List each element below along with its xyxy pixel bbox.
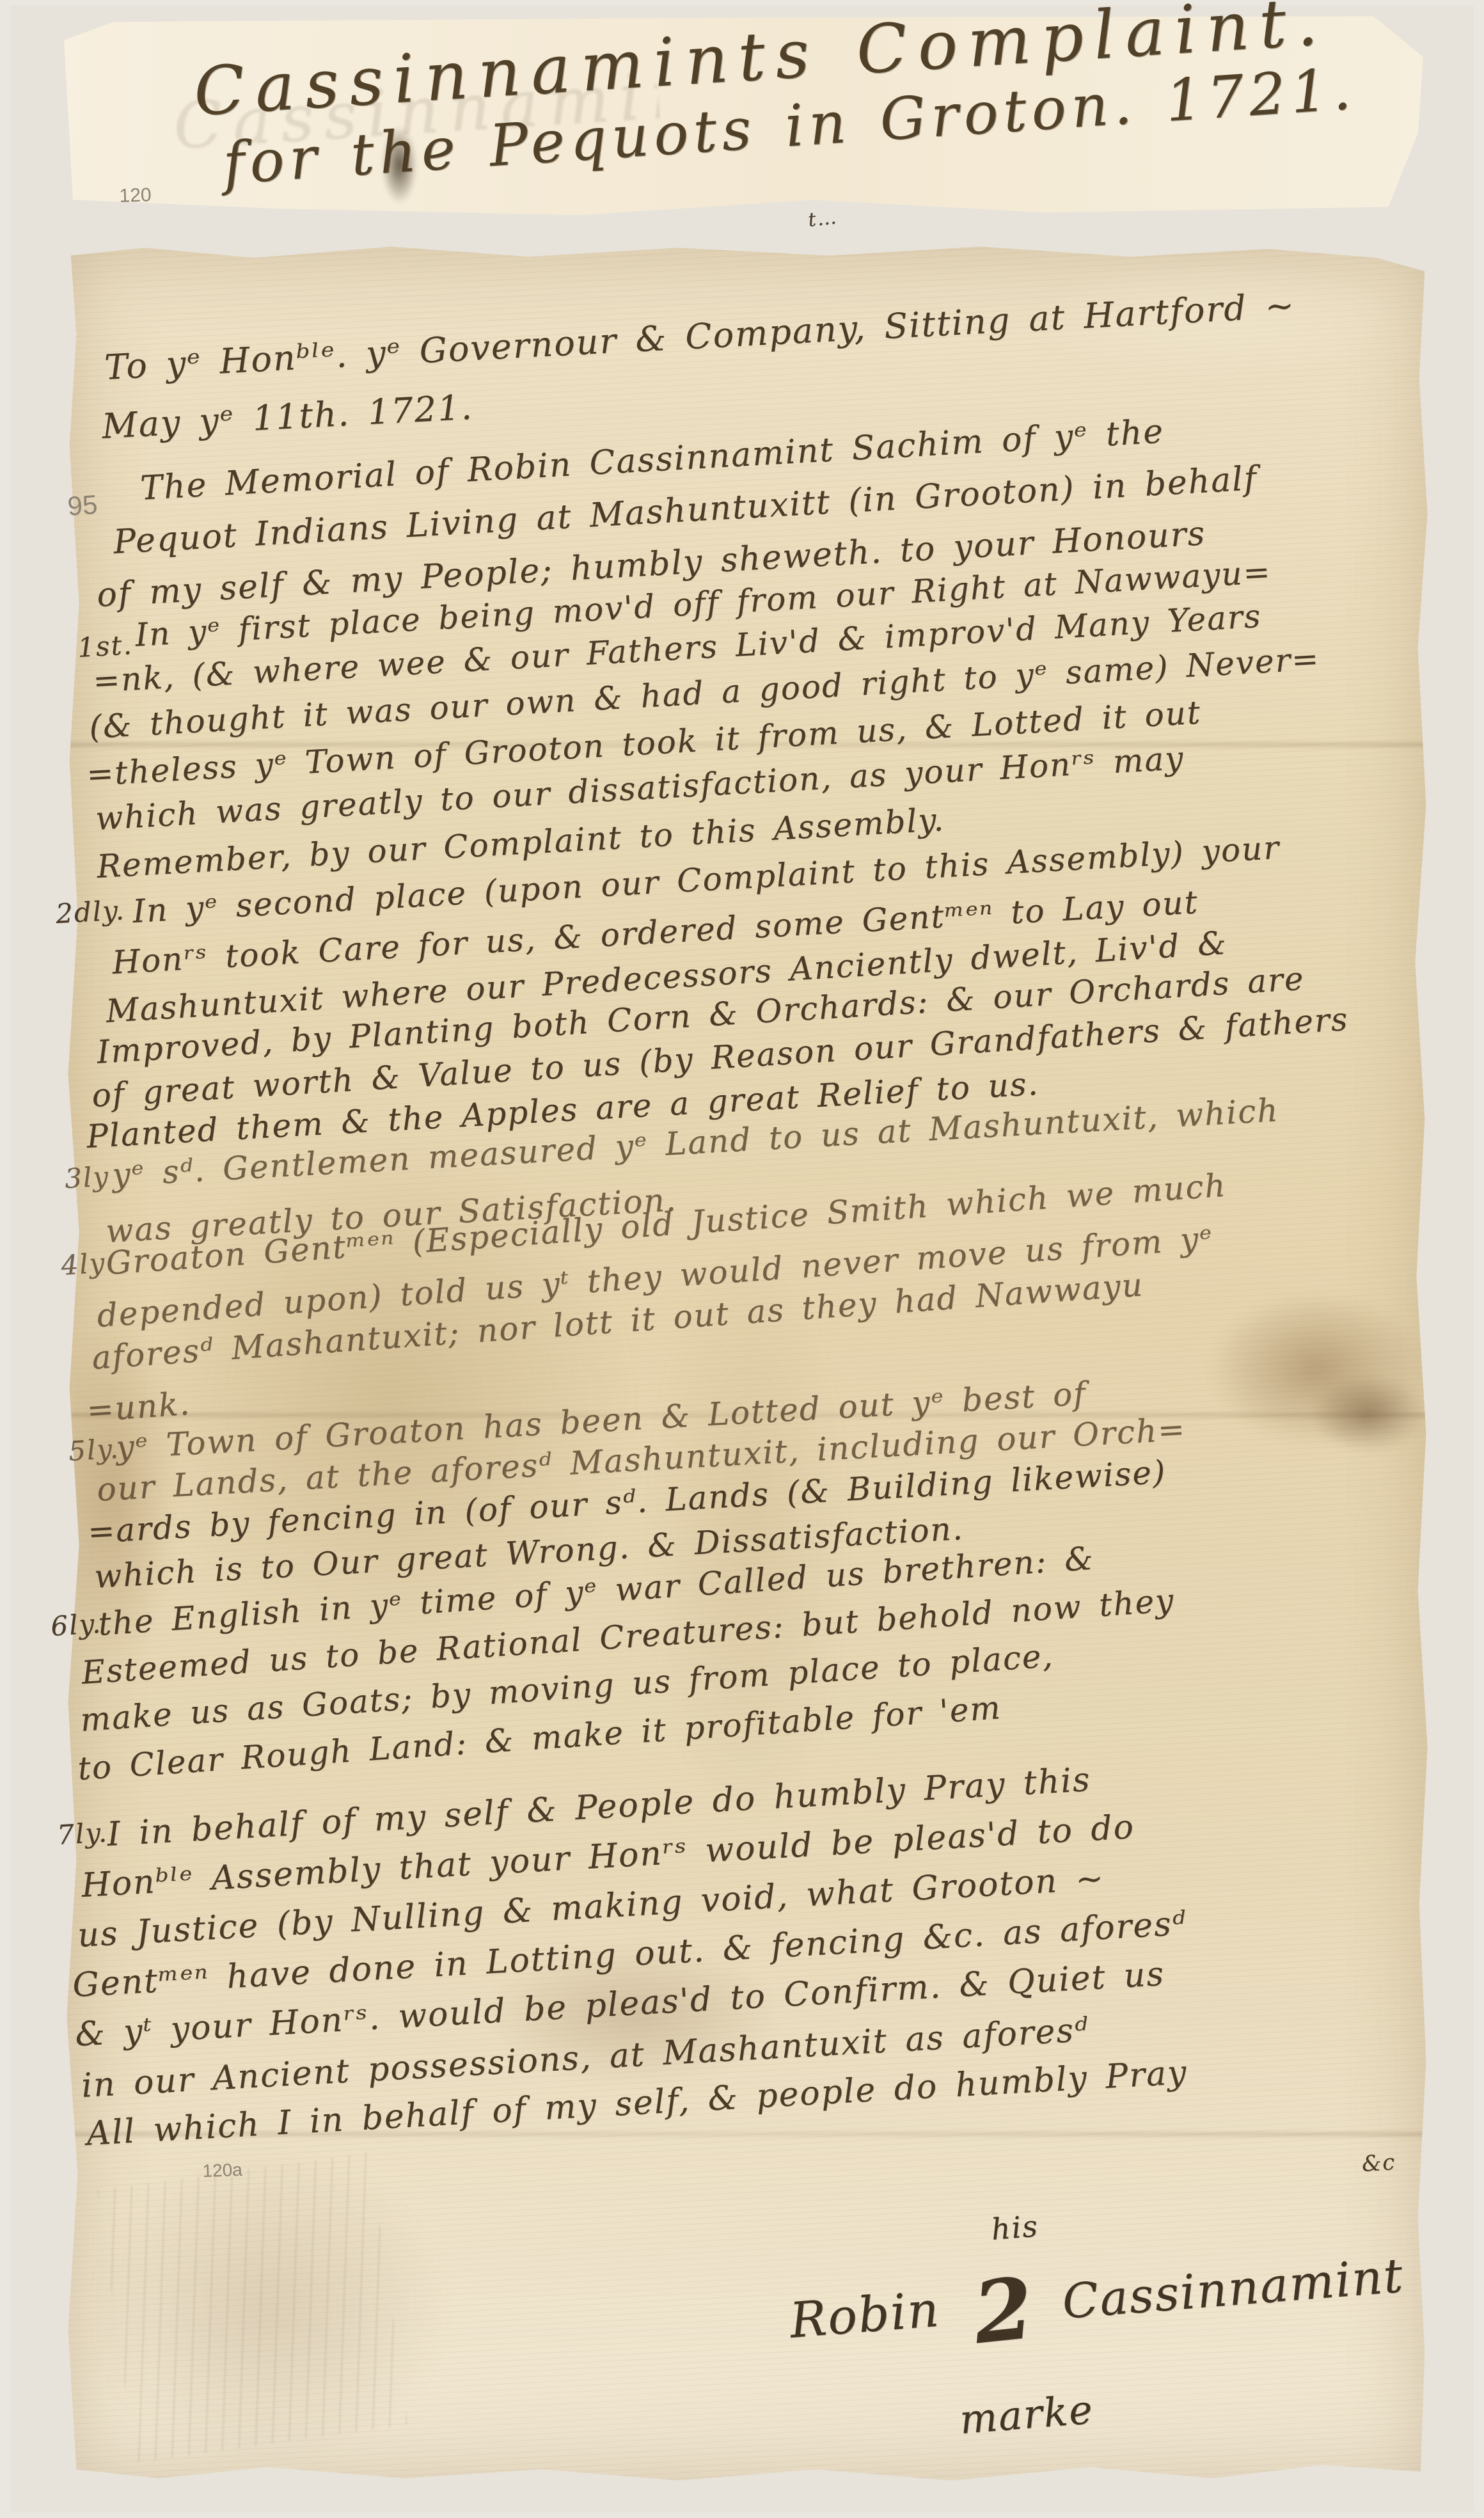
signature-mark: 2 [970,2266,1038,2356]
etcetera-mark: &c [1361,2151,1396,2175]
paragraph-marker: 3ly [64,1163,110,1192]
paragraph-marker: 5ly. [68,1436,120,1465]
manuscript-scan: Cassinnamints Complaint. Cassinnamints C… [0,0,1484,2518]
paragraph-marker: 2dly. [55,897,126,928]
archival-number-margin: 95 [67,489,99,522]
ink-mark-small: t… [807,208,839,230]
archival-number-bottom: 120a [202,2160,242,2181]
paragraph-marker: 4ly [60,1249,107,1279]
paragraph-marker: 6ly. [50,1610,102,1640]
bleed-through-marks [97,2152,408,2463]
signature-his: his [990,2211,1039,2244]
archival-number-top: 120 [119,184,152,207]
signature-marke: marke [958,2390,1095,2440]
signature-first-name: Robin [788,2285,942,2345]
stain [1209,1292,1426,1446]
paragraph-line: =unk. [86,1388,192,1427]
paragraph-marker: 7ly. [56,1819,109,1849]
paragraph-marker: 1st. [77,631,134,661]
